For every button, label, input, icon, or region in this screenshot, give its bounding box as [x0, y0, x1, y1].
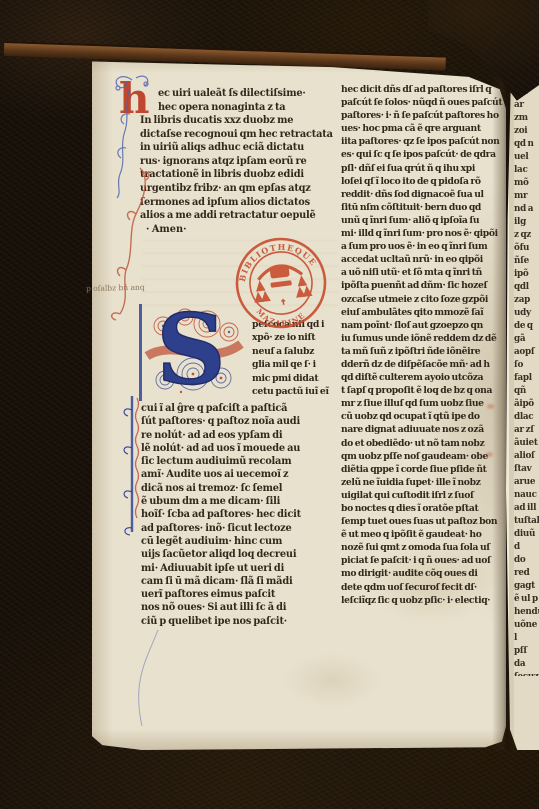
red-penwork-flourish-icon: [96, 166, 156, 321]
initial-letter: S: [156, 304, 225, 401]
left-column-amen: · Amen·: [146, 223, 236, 236]
svg-text:MAZARINE: MAZARINE: [254, 302, 308, 332]
left-column-opening-lines: ec uiri ualeãt ſs dilectiſsime· hec oper…: [158, 87, 338, 114]
manuscript-photo: h ec uiri ualeãt ſs dilectiſsime· hec op…: [0, 0, 539, 809]
book-fore-edge-page-stack: [10, 50, 100, 758]
right-column-body: hec dicit dñs dſ ad paſtores iſrl q paſc…: [341, 83, 505, 610]
blue-border-bar: [139, 304, 142, 401]
illuminated-initial-s: S: [137, 304, 247, 401]
facing-page-text-fragments: ·no ar zm zoi qd n uel lac mõ mr nd a il…: [514, 86, 539, 676]
lower-margin-flourish-icon: [116, 630, 176, 730]
left-column-body: cui ĩ al ĝre q paſciſt a paſticã ſút paſ…: [141, 402, 338, 630]
stamp-text-bottom: MAZARINE: [254, 302, 308, 332]
left-column-paragraph: In libris ducatis xxz duobz me dictaſse …: [140, 114, 338, 224]
cardinal-hat-icon: [251, 263, 312, 309]
library-stamp: BIBLIOTHEQUE MAZARINE: [228, 230, 335, 337]
column-border-flourish-icon: [118, 396, 146, 536]
